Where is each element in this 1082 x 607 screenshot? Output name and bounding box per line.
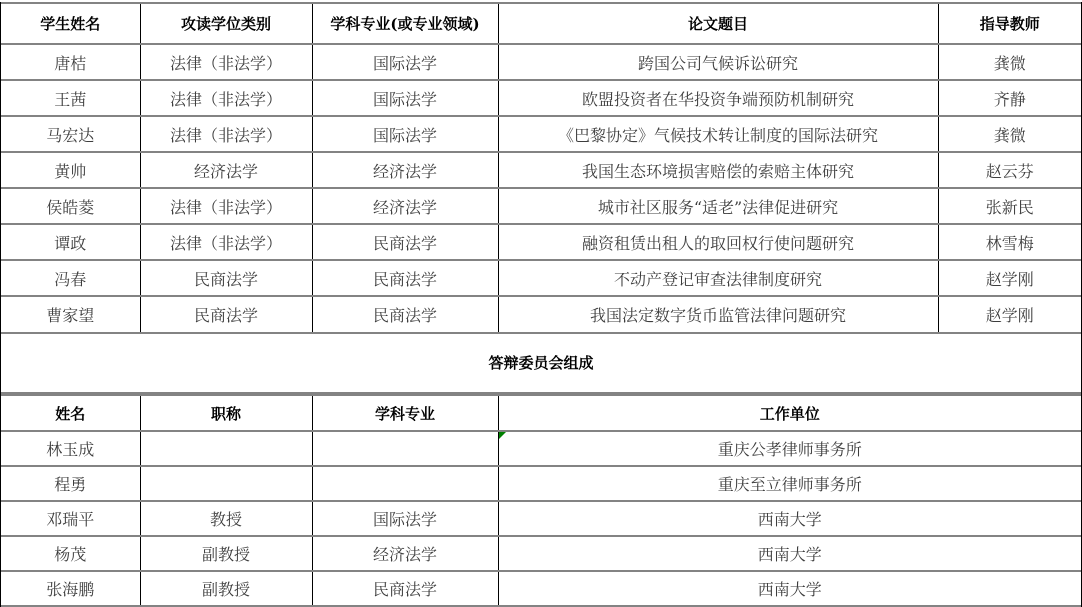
student-thesis-column-header: 攻读学位类别 [140,3,312,44]
student-thesis-cell: 民商法学 [140,260,312,296]
student-thesis-cell: 法律（非法学） [140,80,312,116]
defense-committee-header-row: 姓名职称学科专业工作单位 [1,395,1081,431]
defense-committee-cell [312,431,498,466]
defense-committee-row: 邓瑞平教授国际法学西南大学 [1,501,1081,536]
defense-committee-table-body: 姓名职称学科专业工作单位林玉成重庆公孝律师事务所程勇重庆至立律师事务所邓瑞平教授… [1,395,1081,606]
defense-committee-cell [140,431,312,466]
section-title-defense-committee: 答辩委员会组成 [1,332,1081,394]
defense-committee-column-header: 工作单位 [498,395,1081,431]
student-thesis-cell: 融资租赁出租人的取回权行使问题研究 [498,224,938,260]
defense-committee-cell [312,466,498,501]
student-thesis-cell: 冯春 [1,260,140,296]
student-thesis-cell: 国际法学 [312,80,498,116]
student-thesis-cell: 《巴黎协定》气候技术转让制度的国际法研究 [498,116,938,152]
defense-committee-row: 林玉成重庆公孝律师事务所 [1,431,1081,466]
student-thesis-column-header: 学生姓名 [1,3,140,44]
student-thesis-cell: 法律（非法学） [140,116,312,152]
defense-committee-cell: 重庆至立律师事务所 [498,466,1081,501]
defense-committee-cell: 杨茂 [1,536,140,571]
student-thesis-cell: 民商法学 [312,260,498,296]
defense-committee-cell: 副教授 [140,536,312,571]
student-thesis-cell: 我国生态环境损害赔偿的索赔主体研究 [498,152,938,188]
defense-committee-cell: 林玉成 [1,431,140,466]
student-thesis-column-header: 指导教师 [938,3,1081,44]
student-thesis-cell: 赵学刚 [938,260,1081,296]
defense-committee-column-header: 职称 [140,395,312,431]
student-thesis-row: 唐桔法律（非法学）国际法学跨国公司气候诉讼研究龚微 [1,44,1081,80]
defense-committee-cell [140,466,312,501]
student-thesis-cell: 跨国公司气候诉讼研究 [498,44,938,80]
defense-committee-cell: 张海鹏 [1,571,140,606]
student-thesis-cell: 欧盟投资者在华投资争端预防机制研究 [498,80,938,116]
student-thesis-header-row: 学生姓名攻读学位类别学科专业(或专业领域)论文题目指导教师 [1,3,1081,44]
student-thesis-cell: 唐桔 [1,44,140,80]
student-thesis-cell: 经济法学 [312,152,498,188]
student-thesis-cell: 经济法学 [140,152,312,188]
student-thesis-cell: 法律（非法学） [140,44,312,80]
student-thesis-row: 王茜法律（非法学）国际法学欧盟投资者在华投资争端预防机制研究齐静 [1,80,1081,116]
defense-committee-table: 姓名职称学科专业工作单位林玉成重庆公孝律师事务所程勇重庆至立律师事务所邓瑞平教授… [1,394,1081,607]
student-thesis-cell: 民商法学 [312,296,498,332]
student-thesis-cell: 赵云芬 [938,152,1081,188]
student-thesis-cell: 黄帅 [1,152,140,188]
student-thesis-row: 黄帅经济法学经济法学我国生态环境损害赔偿的索赔主体研究赵云芬 [1,152,1081,188]
student-thesis-table-body: 学生姓名攻读学位类别学科专业(或专业领域)论文题目指导教师唐桔法律（非法学）国际… [1,3,1081,332]
student-thesis-cell: 不动产登记审查法律制度研究 [498,260,938,296]
defense-committee-column-header: 姓名 [1,395,140,431]
defense-committee-row: 程勇重庆至立律师事务所 [1,466,1081,501]
student-thesis-cell: 侯皓菱 [1,188,140,224]
defense-committee-cell: 邓瑞平 [1,501,140,536]
defense-committee-row: 张海鹏副教授民商法学西南大学 [1,571,1081,606]
student-thesis-cell: 谭政 [1,224,140,260]
student-thesis-table: 学生姓名攻读学位类别学科专业(或专业领域)论文题目指导教师唐桔法律（非法学）国际… [1,2,1081,332]
student-thesis-cell: 民商法学 [140,296,312,332]
student-thesis-cell: 国际法学 [312,44,498,80]
student-thesis-cell: 龚微 [938,116,1081,152]
student-thesis-cell: 林雪梅 [938,224,1081,260]
student-thesis-column-header: 论文题目 [498,3,938,44]
student-thesis-cell: 齐静 [938,80,1081,116]
student-thesis-cell: 我国法定数字货币监管法律问题研究 [498,296,938,332]
student-thesis-row: 侯皓菱法律（非法学）经济法学城市社区服务“适老”法律促进研究张新民 [1,188,1081,224]
defense-committee-row: 杨茂副教授经济法学西南大学 [1,536,1081,571]
defense-committee-cell: 程勇 [1,466,140,501]
student-thesis-cell: 法律（非法学） [140,224,312,260]
document-page: 学生姓名攻读学位类别学科专业(或专业领域)论文题目指导教师唐桔法律（非法学）国际… [0,2,1082,607]
student-thesis-cell: 龚微 [938,44,1081,80]
student-thesis-cell: 国际法学 [312,116,498,152]
student-thesis-column-header: 学科专业(或专业领域) [312,3,498,44]
student-thesis-cell: 经济法学 [312,188,498,224]
defense-committee-column-header: 学科专业 [312,395,498,431]
defense-committee-cell: 西南大学 [498,536,1081,571]
student-thesis-row: 冯春民商法学民商法学不动产登记审查法律制度研究赵学刚 [1,260,1081,296]
excel-error-indicator-icon [499,432,506,439]
defense-committee-cell: 教授 [140,501,312,536]
defense-committee-cell: 国际法学 [312,501,498,536]
defense-committee-cell: 民商法学 [312,571,498,606]
student-thesis-row: 马宏达法律（非法学）国际法学《巴黎协定》气候技术转让制度的国际法研究龚微 [1,116,1081,152]
defense-committee-cell: 西南大学 [498,501,1081,536]
student-thesis-cell: 王茜 [1,80,140,116]
student-thesis-row: 曹家望民商法学民商法学我国法定数字货币监管法律问题研究赵学刚 [1,296,1081,332]
student-thesis-cell: 法律（非法学） [140,188,312,224]
student-thesis-cell: 城市社区服务“适老”法律促进研究 [498,188,938,224]
defense-committee-cell: 经济法学 [312,536,498,571]
student-thesis-cell: 马宏达 [1,116,140,152]
student-thesis-cell: 曹家望 [1,296,140,332]
defense-committee-cell: 西南大学 [498,571,1081,606]
student-thesis-row: 谭政法律（非法学）民商法学融资租赁出租人的取回权行使问题研究林雪梅 [1,224,1081,260]
student-thesis-cell: 赵学刚 [938,296,1081,332]
student-thesis-cell: 张新民 [938,188,1081,224]
defense-committee-cell: 副教授 [140,571,312,606]
student-thesis-cell: 民商法学 [312,224,498,260]
defense-committee-cell: 重庆公孝律师事务所 [498,431,1081,466]
